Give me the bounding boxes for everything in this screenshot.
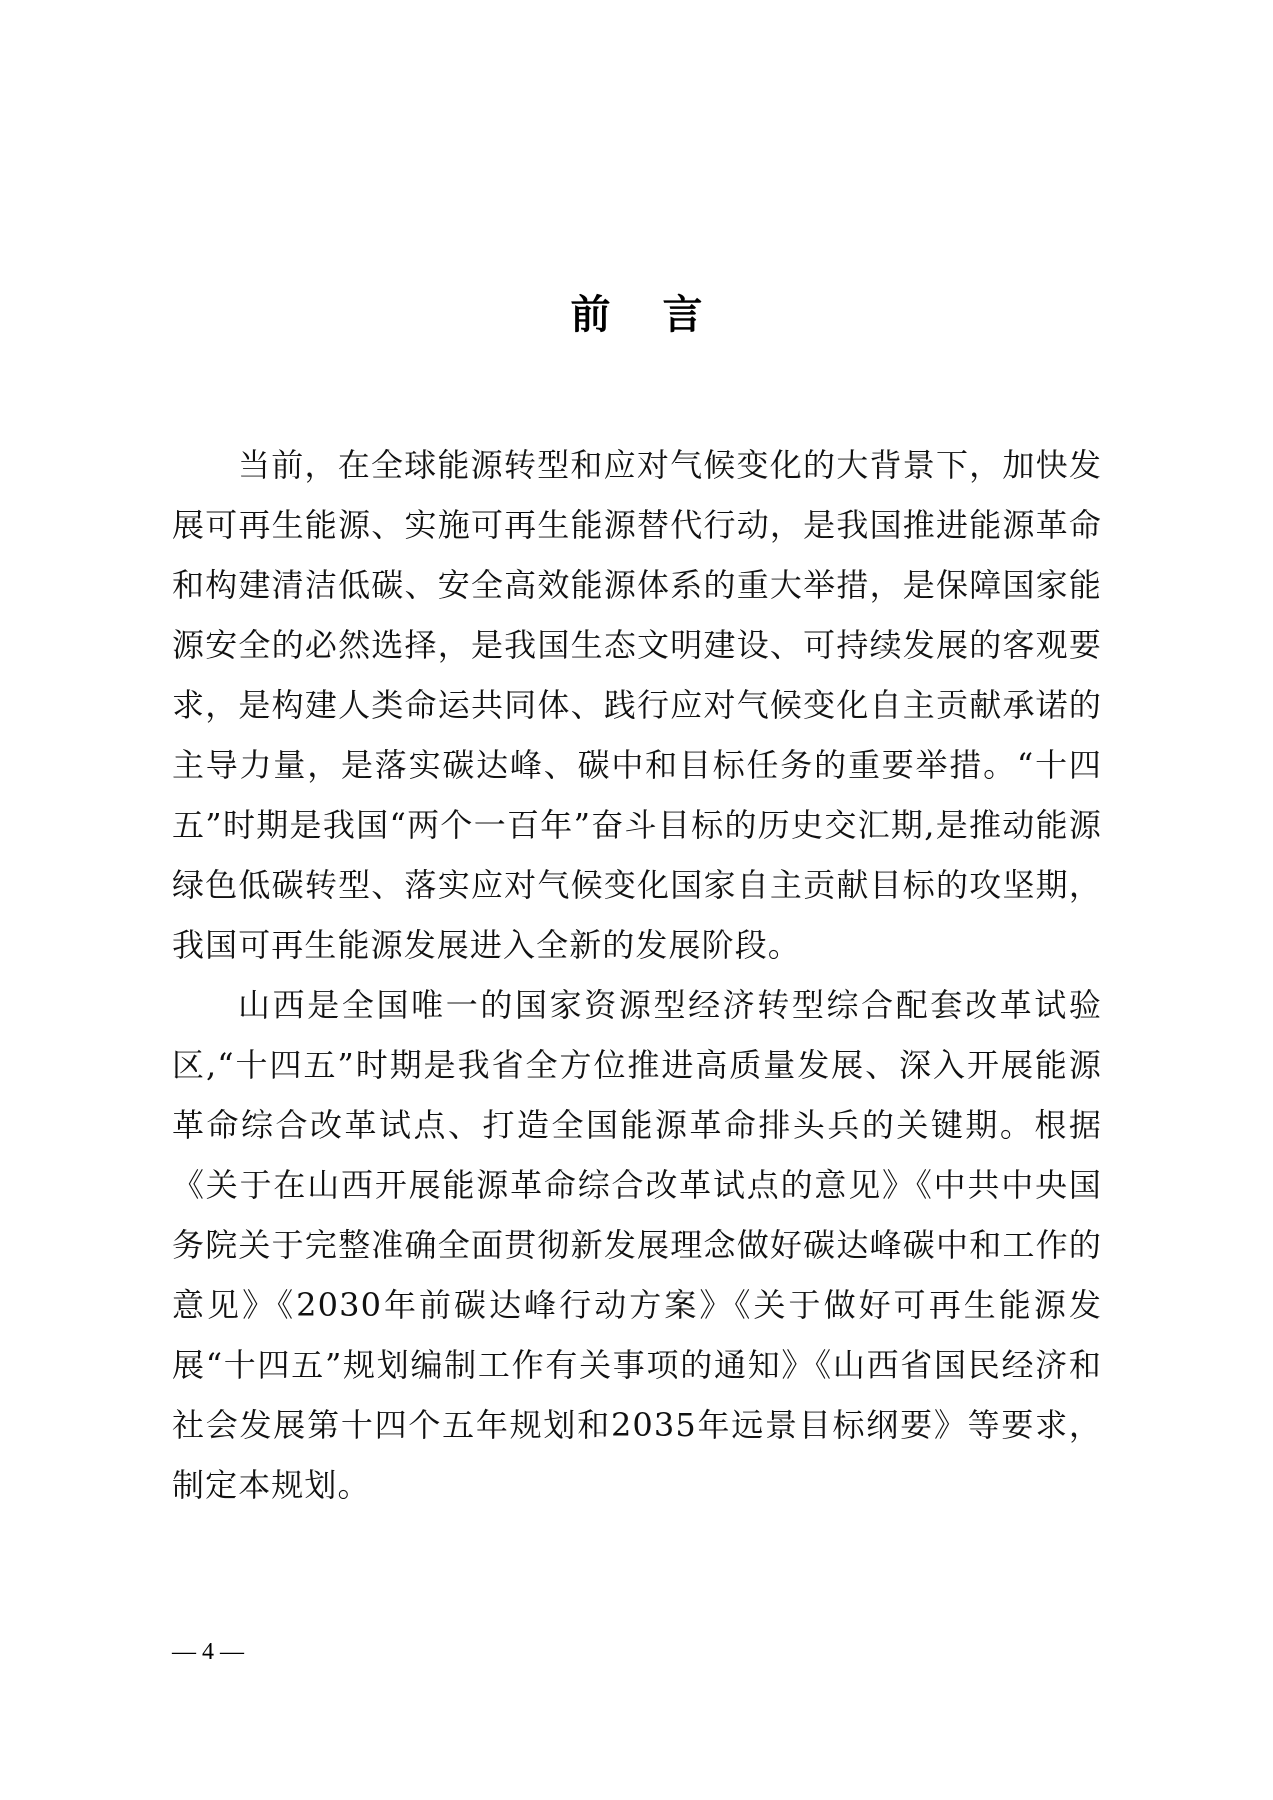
preface-body: 当前，在全球能源转型和应对气候变化的大背景下，加快发展可再生能源、实施可再生能源… [172,435,1102,1515]
document-page: 前言 当前，在全球能源转型和应对气候变化的大背景下，加快发展可再生能源、实施可再… [0,0,1273,1800]
paragraph-shanxi: 山西是全国唯一的国家资源型经济转型综合配套改革试验区,“十四五”时期是我省全方位… [172,975,1102,1515]
paragraph-background: 当前，在全球能源转型和应对气候变化的大背景下，加快发展可再生能源、实施可再生能源… [172,435,1102,975]
page-title: 前言 [0,290,1273,340]
page-number: — 4 — [172,1635,244,1669]
